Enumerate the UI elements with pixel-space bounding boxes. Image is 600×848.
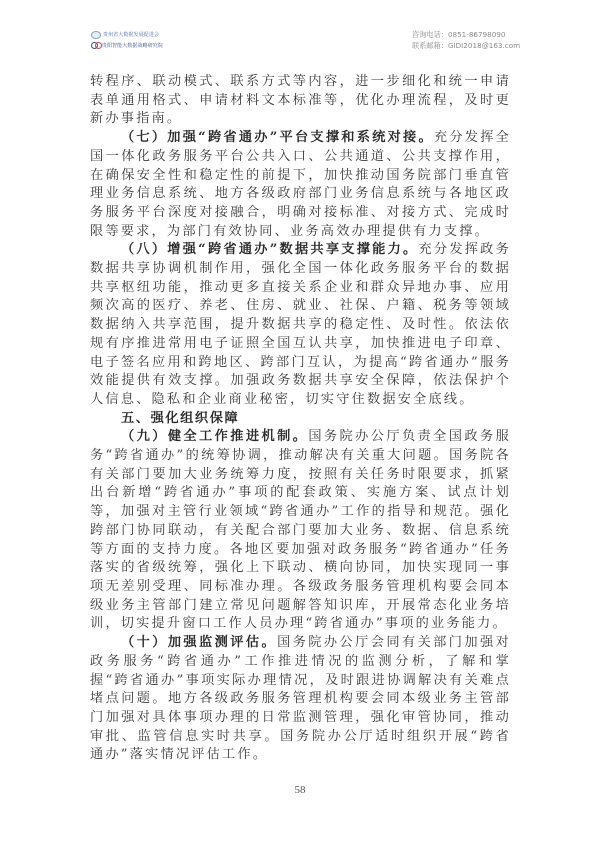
association-logo-icon <box>91 31 101 39</box>
item-7-text: 充分发挥全国一体化政务服务平台公共入口、公共通道、公共支撑作用，在确保安全性和稳… <box>90 130 511 239</box>
item-8-heading: （八）增强“跨省通办”数据共享支撑能力。 <box>121 242 418 257</box>
section-heading: 五、强化组织保障 <box>90 410 511 429</box>
phone-row: 咨询电话：0851-86798090 <box>412 29 520 40</box>
email-value: GIDI2018@163.com <box>448 41 520 50</box>
phone-value: 0851-86798090 <box>448 30 505 39</box>
logo-institute: 贵阳智能大数据战略研究院 <box>91 41 163 50</box>
item-10-text: 国务院办公厅会同有关部门加强对政务服务“跨省通办”工作推进情况的监测分析，了解和… <box>90 635 511 762</box>
paragraph-item-7: （七）加强“跨省通办”平台支撑和系统对接。充分发挥全国一体化政务服务平台公共入口… <box>90 129 511 241</box>
item-9-heading: （九）健全工作推进机制。 <box>121 429 308 444</box>
logo-association: 贵州省大数据发展促进会 <box>91 30 163 39</box>
contact-info: 咨询电话：0851-86798090 联系邮箱：GIDI2018@163.com <box>412 29 520 51</box>
email-label: 联系邮箱： <box>412 41 448 50</box>
page-number: 58 <box>0 784 600 796</box>
institute-logo-icon <box>91 42 100 49</box>
association-name: 贵州省大数据发展促进会 <box>103 31 159 38</box>
phone-label: 咨询电话： <box>412 30 448 39</box>
paragraph-item-9: （九）健全工作推进机制。国务院办公厅负责全国政务服务“跨省通办”的统筹协调，推动… <box>90 428 511 634</box>
email-row: 联系邮箱：GIDI2018@163.com <box>412 40 520 51</box>
item-10-heading: （十）加强监测评估。 <box>121 635 277 650</box>
item-7-heading: （七）加强“跨省通办”平台支撑和系统对接。 <box>121 130 434 145</box>
page-header: 贵州省大数据发展促进会 贵阳智能大数据战略研究院 咨询电话：0851-86798… <box>0 0 600 55</box>
paragraph-item-8: （八）增强“跨省通办”数据共享支撑能力。充分发挥政务数据共享协调机制作用，强化全… <box>90 241 511 409</box>
item-9-text: 国务院办公厅负责全国政务服务“跨省通办”的统筹协调，推动解决有关重大问题。国务院… <box>90 429 511 631</box>
paragraph-continuation: 转程序、联动模式、联系方式等内容，进一步细化和统一申请表单通用格式、申请材料文本… <box>90 73 511 129</box>
institute-name: 贵阳智能大数据战略研究院 <box>102 42 163 49</box>
paragraph-item-10: （十）加强监测评估。国务院办公厅会同有关部门加强对政务服务“跨省通办”工作推进情… <box>90 634 511 765</box>
logo-block: 贵州省大数据发展促进会 贵阳智能大数据战略研究院 <box>91 30 163 52</box>
item-8-text: 充分发挥政务数据共享协调机制作用，强化全国一体化政务服务平台的数据共享枢纽功能，… <box>90 242 511 407</box>
document-body: 转程序、联动模式、联系方式等内容，进一步细化和统一申请表单通用格式、申请材料文本… <box>90 73 511 765</box>
